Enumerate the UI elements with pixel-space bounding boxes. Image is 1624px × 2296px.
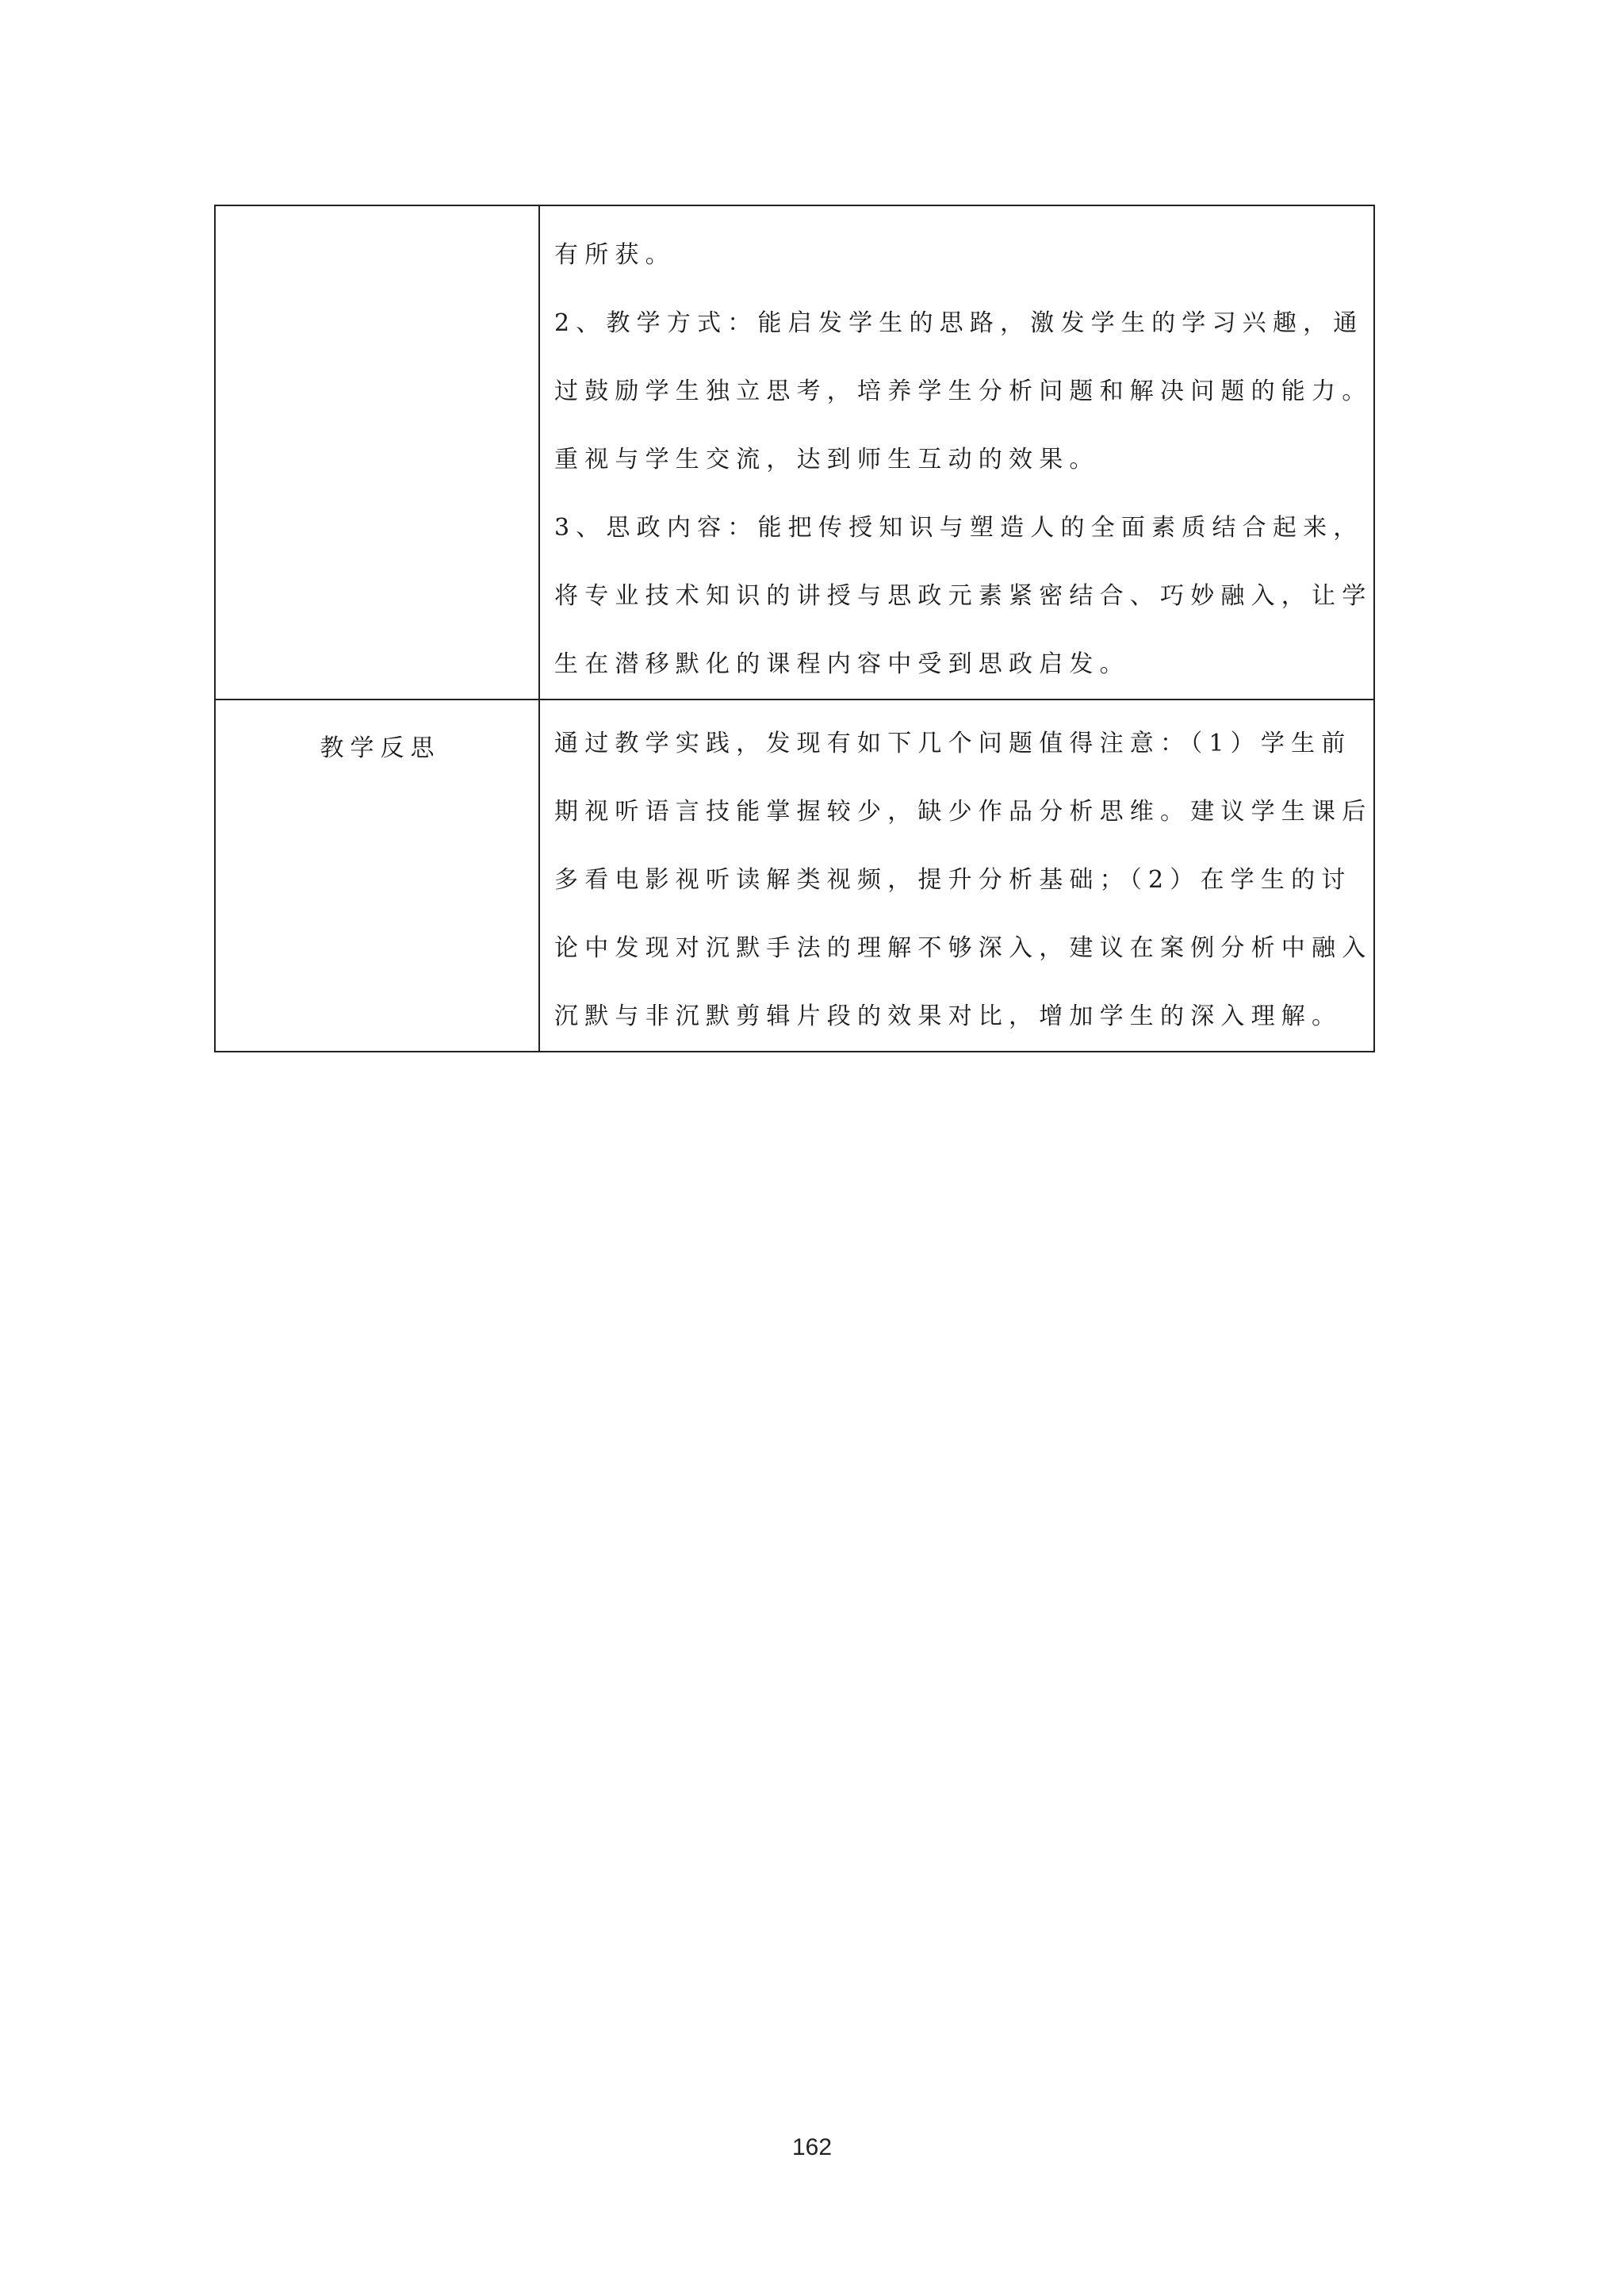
text-line: 有所获。 [554, 221, 1373, 289]
text-line: 重视与学生交流，达到师生互动的效果。 [554, 426, 1373, 494]
content-paragraph: 通过教学实践，发现有如下几个问题值得注意：（1）学生前 期视听语言技能掌握较少，… [554, 710, 1373, 1051]
text-line: 通过教学实践，发现有如下几个问题值得注意：（1）学生前 [554, 710, 1373, 778]
row-label-teaching-reflection: 教学反思 [216, 735, 538, 762]
text-line: 沉默与非沉默剪辑片段的效果对比，增加学生的深入理解。 [554, 983, 1373, 1051]
row-label-cell: 教学反思 [215, 700, 539, 1052]
text-line: 过鼓励学生独立思考，培养学生分析问题和解决问题的能力。 [554, 358, 1373, 426]
table-row-teaching-effect: 有所获。 2、教学方式：能启发学生的思路，激发学生的学习兴趣，通 过鼓励学生独立… [215, 205, 1374, 700]
page-number: 162 [0, 2133, 1624, 2162]
text-line: 论中发现对沉默手法的理解不够深入，建议在案例分析中融入 [554, 914, 1373, 983]
text-line: 多看电影视听读解类视频，提升分析基础；（2）在学生的讨 [554, 846, 1373, 914]
content-paragraph: 有所获。 2、教学方式：能启发学生的思路，激发学生的学习兴趣，通 过鼓励学生独立… [554, 221, 1373, 699]
row-content-cell: 有所获。 2、教学方式：能启发学生的思路，激发学生的学习兴趣，通 过鼓励学生独立… [539, 205, 1374, 700]
text-line: 期视听语言技能掌握较少，缺少作品分析思维。建议学生课后 [554, 778, 1373, 846]
row-label-cell [215, 205, 539, 700]
text-line: 生在潜移默化的课程内容中受到思政启发。 [554, 631, 1373, 699]
table-row-teaching-reflection: 教学反思 通过教学实践，发现有如下几个问题值得注意：（1）学生前 期视听语言技能… [215, 700, 1374, 1052]
text-line: 3、思政内容：能把传授知识与塑造人的全面素质结合起来， [554, 494, 1373, 562]
row-content-cell: 通过教学实践，发现有如下几个问题值得注意：（1）学生前 期视听语言技能掌握较少，… [539, 700, 1374, 1052]
evaluation-table: 有所获。 2、教学方式：能启发学生的思路，激发学生的学习兴趣，通 过鼓励学生独立… [214, 205, 1375, 1052]
text-line: 2、教学方式：能启发学生的思路，激发学生的学习兴趣，通 [554, 289, 1373, 358]
text-line: 将专业技术知识的讲授与思政元素紧密结合、巧妙融入，让学 [554, 562, 1373, 631]
